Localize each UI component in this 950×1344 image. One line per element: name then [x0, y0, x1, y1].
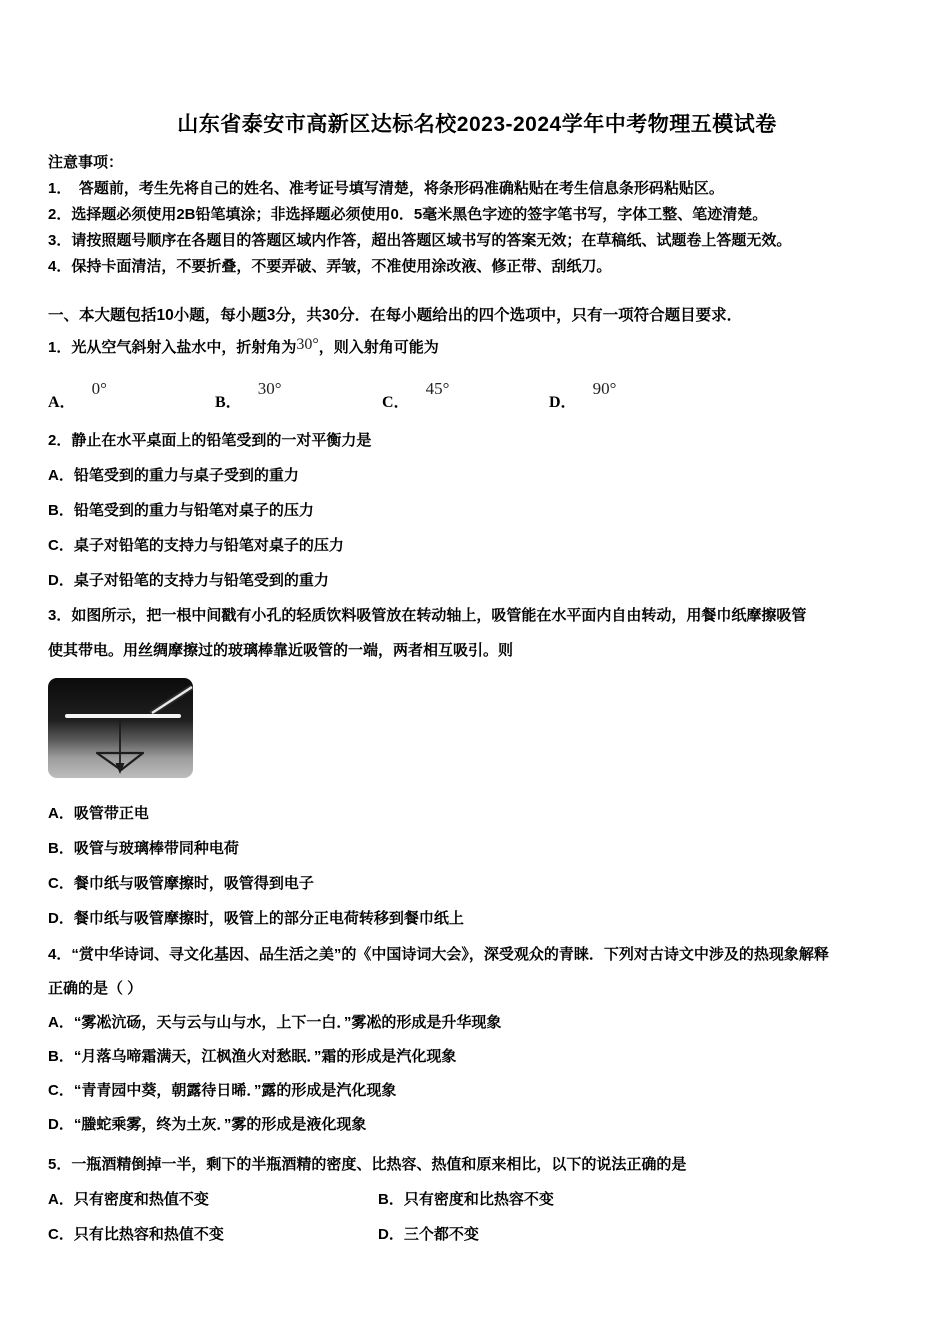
- q5-stem: 5．一瓶酒精倒掉一半，剩下的半瓶酒精的密度、比热容、热值和原来相比，以下的说法正…: [48, 1148, 906, 1182]
- exam-page: 山东省泰安市高新区达标名校2023-2024学年中考物理五模试卷 注意事项： 1…: [0, 0, 950, 1252]
- q1-option-a-value: 0°: [92, 379, 107, 399]
- q2-stem: 2．静止在水平桌面上的铅笔受到的一对平衡力是: [48, 423, 906, 458]
- q3-stem-line2: 使其带电。用丝绸摩擦过的玻璃棒靠近吸管的一端，两者相互吸引。则: [48, 633, 906, 668]
- q1-option-a-label: A．: [48, 393, 76, 413]
- q2-option-c: C．桌子对铅笔的支持力与铅笔对桌子的压力: [48, 528, 906, 563]
- straw-experiment-photo: [48, 678, 193, 778]
- q3-option-d: D．餐巾纸与吸管摩擦时，吸管上的部分正电荷转移到餐巾纸上: [48, 901, 906, 936]
- q4-stem-line2: 正确的是（ ）: [48, 972, 906, 1006]
- q2-option-a: A．铅笔受到的重力与桌子受到的重力: [48, 458, 906, 493]
- q1-option-b-label: B．: [215, 393, 242, 413]
- q1-refraction-angle: 30°: [296, 336, 318, 353]
- q4-stem-line1: 4．“赏中华诗词、寻文化基因、品生活之美”的《中国诗词大会》，深受观众的青睐．下…: [48, 938, 906, 972]
- q4-option-b: B．“月落乌啼霜满天，江枫渔火对愁眠．”霜的形成是汽化现象: [48, 1040, 906, 1074]
- q4-option-c: C．“青青园中葵，朝露待日晞．”露的形成是汽化现象: [48, 1074, 906, 1108]
- q1-option-c-value: 45°: [426, 379, 450, 399]
- q5-option-c: C．只有比热容和热值不变: [48, 1217, 378, 1252]
- q1-option-b-value: 30°: [258, 379, 282, 399]
- q1-stem: 1．光从空气斜射入盐水中，折射角为30°，则入射角可能为: [48, 330, 906, 363]
- question-5: 5．一瓶酒精倒掉一半，剩下的半瓶酒精的密度、比热容、热值和原来相比，以下的说法正…: [48, 1148, 906, 1252]
- q1-options-row: A． 0° B． 30° C． 45° D． 90°: [48, 365, 906, 413]
- q1-option-c-label: C．: [382, 393, 410, 413]
- notice-item-3: 3．请按照题号顺序在各题目的答题区域内作答，超出答题区域书写的答案无效；在草稿纸…: [48, 228, 906, 254]
- q4-option-d: D．“螣蛇乘雾，终为土灰．”雾的形成是液化现象: [48, 1108, 906, 1142]
- q5-options-grid: A．只有密度和热值不变 B．只有密度和比热容不变 C．只有比热容和热值不变 D．…: [48, 1182, 906, 1252]
- q1-option-d-value: 90°: [593, 379, 617, 399]
- q5-option-b: B．只有密度和比热容不变: [378, 1182, 906, 1217]
- notice-item-2: 2．选择题必须使用2B铅笔填涂；非选择题必须使用0．5毫米黑色字迹的签字笔书写，…: [48, 202, 906, 228]
- notice-item-1: 1． 答题前，考生先将自己的姓名、准考证号填写清楚，将条形码准确粘贴在考生信息条…: [48, 176, 906, 202]
- straw: [65, 714, 181, 718]
- q3-option-c: C．餐巾纸与吸管摩擦时，吸管得到电子: [48, 866, 906, 901]
- q5-option-a: A．只有密度和热值不变: [48, 1182, 378, 1217]
- q3-option-a: A．吸管带正电: [48, 796, 906, 831]
- q1-stem-after: ，则入射角可能为: [319, 339, 439, 356]
- q1-option-d: D． 90°: [549, 393, 716, 413]
- question-3: 3．如图所示，把一根中间戳有小孔的轻质饮料吸管放在转动轴上，吸管能在水平面内自由…: [48, 598, 906, 936]
- question-2: 2．静止在水平桌面上的铅笔受到的一对平衡力是 A．铅笔受到的重力与桌子受到的重力…: [48, 423, 906, 598]
- q3-stem-line1: 3．如图所示，把一根中间戳有小孔的轻质饮料吸管放在转动轴上，吸管能在水平面内自由…: [48, 598, 906, 633]
- q1-option-b: B． 30°: [215, 393, 382, 413]
- notice-heading: 注意事项：: [48, 150, 906, 176]
- page-title: 山东省泰安市高新区达标名校2023-2024学年中考物理五模试卷: [48, 0, 906, 140]
- q1-option-c: C． 45°: [382, 393, 549, 413]
- q3-option-b: B．吸管与玻璃棒带同种电荷: [48, 831, 906, 866]
- q2-option-d: D．桌子对铅笔的支持力与铅笔受到的重力: [48, 563, 906, 598]
- q5-option-d: D．三个都不变: [378, 1217, 906, 1252]
- question-1: 1．光从空气斜射入盐水中，折射角为30°，则入射角可能为 A． 0° B． 30…: [48, 330, 906, 413]
- q4-option-a: A．“雾凇沆砀，天与云与山与水，上下一白．”雾凇的形成是升华现象: [48, 1006, 906, 1040]
- q1-option-a: A． 0°: [48, 393, 215, 413]
- q2-option-b: B．铅笔受到的重力与铅笔对桌子的压力: [48, 493, 906, 528]
- q1-option-d-label: D．: [549, 393, 577, 413]
- q1-stem-before: 1．光从空气斜射入盐水中，折射角为: [48, 339, 296, 356]
- section-1-heading: 一、本大题包括10小题，每小题3分，共30分．在每小题给出的四个选项中，只有一项…: [48, 302, 906, 330]
- notice-item-4: 4．保持卡面清洁，不要折叠，不要弄破、弄皱，不准使用涂改液、修正带、刮纸刀。: [48, 254, 906, 280]
- question-4: 4．“赏中华诗词、寻文化基因、品生活之美”的《中国诗词大会》，深受观众的青睐．下…: [48, 938, 906, 1142]
- notice-section: 注意事项： 1． 答题前，考生先将自己的姓名、准考证号填写清楚，将条形码准确粘贴…: [48, 150, 906, 280]
